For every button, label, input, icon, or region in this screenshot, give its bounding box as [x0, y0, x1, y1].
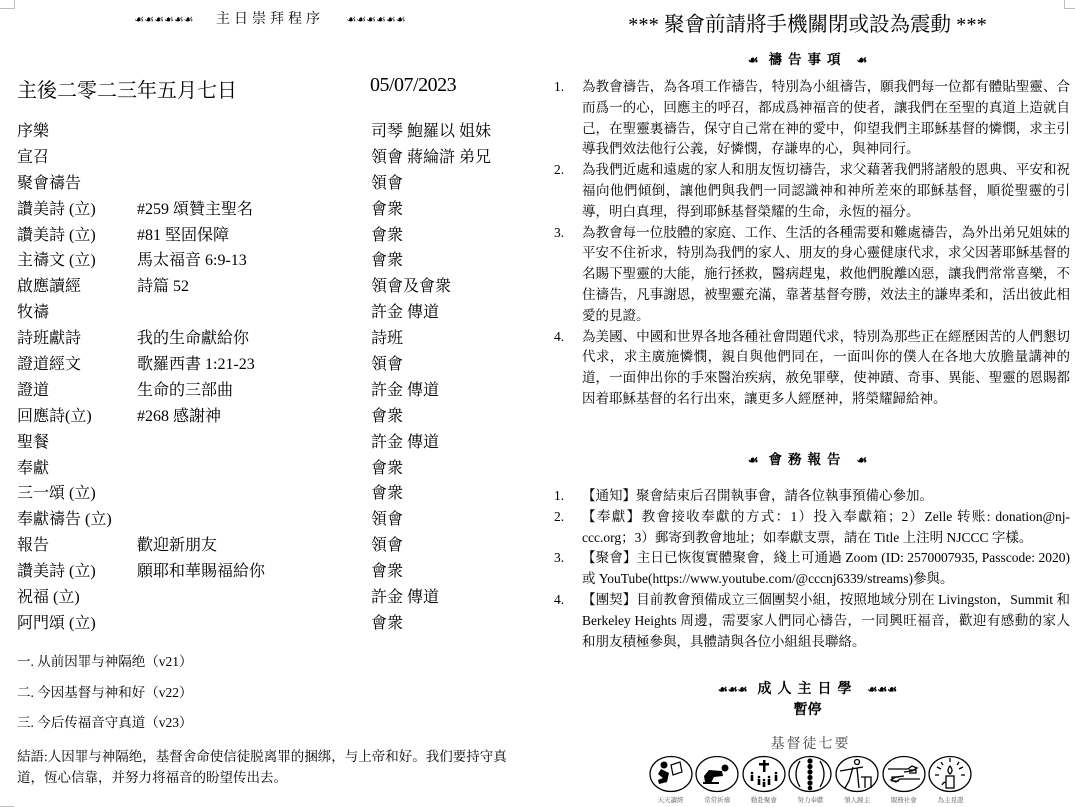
- sunday-school-status: 暫停: [540, 699, 1075, 719]
- order-row: 啟應讀經詩篇 52領會及會衆: [17, 274, 537, 300]
- order-leader: 會衆: [371, 248, 403, 274]
- order-item: 證道: [17, 378, 49, 404]
- essential-item: 領人歸主: [835, 755, 880, 804]
- reading-bible-icon: [649, 755, 693, 793]
- order-row: 讚美詩 (立)願耶和華賜福給你會衆: [17, 559, 537, 585]
- order-item: 證道經文: [17, 352, 81, 378]
- order-content: #81 堅固保障: [137, 223, 229, 249]
- order-row: 奉獻禱告 (立)領會: [17, 507, 537, 533]
- order-leader: 會衆: [371, 223, 403, 249]
- essential-item: 常常祈禱: [695, 755, 740, 804]
- order-leader: 許金 傳道: [371, 300, 439, 326]
- order-content: 我的生命獻給你: [137, 326, 249, 352]
- order-item: 聚會禱告: [17, 171, 81, 197]
- item-text: 【聚會】主日已恢復實體聚會，綫上可通過 Zoom (ID: 2570007935…: [582, 550, 1070, 586]
- essential-item: 勤赴聚會: [741, 755, 786, 804]
- order-item: 啟應讀經: [17, 274, 81, 300]
- order-content: 願耶和華賜福給你: [137, 559, 265, 585]
- essential-item: 服務社會: [881, 755, 926, 804]
- prayer-item: 4.為美國、中國和世界各地各種社會問題代求，特別為那些正在經歷困苦的人們懇切代求…: [554, 327, 1070, 410]
- fleuron-ornament-right: ☙: [857, 53, 868, 67]
- item-text: 【奉獻】教會接收奉獻的方式：1）投入奉獻箱；2）Zelle 转账: donati…: [582, 509, 1070, 545]
- order-leader: 會衆: [371, 559, 403, 585]
- order-content: #259 頌贊主聖名: [137, 197, 253, 223]
- candle-witness-icon: [928, 755, 972, 793]
- serving-hands-icon: [882, 755, 926, 793]
- order-row: 牧禱許金 傳道: [17, 300, 537, 326]
- fleuron-ornament-right: ☙☙☙: [868, 683, 898, 696]
- essential-label: 領人歸主: [844, 795, 870, 804]
- prayer-heading: ☙禱告事項☙: [540, 48, 1075, 68]
- prayer-item: 3.為教會每一位肢體的家庭、工作、生活的各種需要和難處禱告，為外出弟兄姐妹的平安…: [554, 223, 1070, 327]
- order-item: 詩班獻詩: [17, 326, 81, 352]
- prayer-item: 1.為教會禱告，為各項工作禱告，特別為小組禱告，願我們每一位都有體貼聖靈、合而爲…: [554, 77, 1070, 160]
- order-item: 三一頌 (立): [17, 481, 96, 507]
- date-numeric: 05/07/2023: [370, 74, 456, 97]
- worship-title: 主日崇拜程序: [216, 11, 324, 27]
- order-leader: 許金 傳道: [371, 378, 439, 404]
- order-of-service: 序樂司琴 鮑羅以 姐妹 宣召領會 蔣綸滸 弟兄 聚會禱告領會 讚美詩 (立)#2…: [17, 119, 537, 637]
- seven-essentials-title: 基督徒七要: [648, 733, 973, 753]
- announcement-item: 3.【聚會】主日已恢復實體聚會，綫上可通過 Zoom (ID: 25700079…: [554, 548, 1070, 590]
- prayer-item: 2.為我們近處和遠處的家人和朋友恆切禱告，求父藉著我們將諸般的恩典、平安和祝福向…: [554, 160, 1070, 222]
- order-item: 主禱文 (立): [17, 248, 96, 274]
- order-row: 宣召領會 蔣綸滸 弟兄: [17, 145, 537, 171]
- item-number: 3.: [554, 548, 564, 569]
- order-row: 讚美詩 (立)#81 堅固保障會衆: [17, 223, 537, 249]
- order-leader: 許金 傳道: [371, 585, 439, 611]
- announcement-item: 2.【奉獻】教會接收奉獻的方式：1）投入奉獻箱；2）Zelle 转账: dona…: [554, 507, 1070, 549]
- order-item: 祝福 (立): [17, 585, 80, 611]
- outline-point: 二. 今因基督与神和好（v22）: [17, 683, 537, 714]
- adult-sunday-school: ☙☙☙成人主日學☙☙☙ 暫停: [540, 678, 1075, 719]
- item-number: 2.: [554, 160, 564, 181]
- order-item: 回應詩(立): [17, 404, 92, 430]
- announcements-page: *** 聚會前請將手機關閉或設為震動 *** ☙禱告事項☙ 1.為教會禱告，為各…: [540, 0, 1075, 807]
- item-number: 4.: [554, 327, 564, 348]
- order-leader: 許金 傳道: [371, 430, 439, 456]
- order-row: 聚會禱告領會: [17, 171, 537, 197]
- order-leader: 領會: [371, 352, 403, 378]
- order-leader: 領會: [371, 171, 403, 197]
- order-item: 奉獻: [17, 456, 49, 482]
- order-item: 讚美詩 (立): [17, 559, 96, 585]
- worship-heading: ☙☙☙☙☙☙ 主日崇拜程序 ☙☙☙☙☙☙: [0, 8, 540, 28]
- sermon-conclusion: 結語:人因罪与神隔绝，基督舍命使信徒脱离罪的捆绑，与上帝和好。我们要持守真道，恆…: [17, 746, 532, 788]
- order-leader: 會衆: [371, 404, 403, 430]
- order-item: 序樂: [17, 119, 49, 145]
- order-item: 奉獻禱告 (立): [17, 507, 112, 533]
- order-row: 三一頌 (立)會衆: [17, 481, 537, 507]
- item-number: 2.: [554, 507, 564, 528]
- order-item: 阿門頌 (立): [17, 611, 96, 637]
- announcement-list: 1.【通知】聚會結束后召開執事會，請各位執事預備心參加。 2.【奉獻】教會接收奉…: [554, 486, 1070, 652]
- order-content: 馬太福音 6:9-13: [137, 248, 247, 274]
- order-row: 讚美詩 (立)#259 頌贊主聖名會衆: [17, 197, 537, 223]
- order-item: 報告: [17, 533, 49, 559]
- item-number: 3.: [554, 223, 564, 244]
- outline-point: 三. 今后传福音守真道（v23）: [17, 713, 537, 744]
- order-item: 牧禱: [17, 300, 49, 326]
- order-item: 讚美詩 (立): [17, 223, 96, 249]
- order-row: 主禱文 (立)馬太福音 6:9-13會衆: [17, 248, 537, 274]
- item-text: 【通知】聚會結束后召開執事會，請各位執事預備心參加。: [582, 488, 933, 503]
- item-text: 為美國、中國和世界各地各種社會問題代求，特別為那些正在經歷困苦的人們懇切代求，求…: [582, 329, 1070, 406]
- order-row: 序樂司琴 鮑羅以 姐妹: [17, 119, 537, 145]
- essential-item: 天天讀經: [648, 755, 693, 804]
- fleuron-ornament-left: ☙☙☙: [718, 683, 748, 696]
- order-leader: 會衆: [371, 456, 403, 482]
- essential-label: 服務社會: [891, 795, 917, 804]
- order-leader: 領會: [371, 533, 403, 559]
- order-leader: 會衆: [371, 611, 403, 637]
- order-leader: 會衆: [371, 197, 403, 223]
- essential-label: 常常祈禱: [704, 795, 730, 804]
- order-leader: 會衆: [371, 481, 403, 507]
- announcements-heading: ☙會務報告☙: [540, 448, 1075, 468]
- phone-silence-notice: *** 聚會前請將手機關閉或設為震動 ***: [540, 7, 1075, 37]
- item-number: 4.: [554, 590, 564, 611]
- order-row: 詩班獻詩我的生命獻給你詩班: [17, 326, 537, 352]
- seven-essentials-graphic: 基督徒七要 天天讀經 常常祈禱 勤赴聚會 努力奉獻 領人歸主: [648, 733, 973, 804]
- fleuron-ornament-left: ☙☙☙☙☙☙: [134, 13, 193, 26]
- order-content: 生命的三部曲: [137, 378, 233, 404]
- essential-item: 努力奉獻: [788, 755, 833, 804]
- item-number: 1.: [554, 486, 564, 507]
- order-leader: 領會及會衆: [371, 274, 451, 300]
- essential-label: 天天讀經: [658, 795, 684, 804]
- item-text: 【團契】目前教會預備成立三個團契小組，按照地域分別在 Livingston，Su…: [582, 592, 1070, 649]
- announcement-item: 1.【通知】聚會結束后召開執事會，請各位執事預備心參加。: [554, 486, 1070, 507]
- announcement-item: 4.【團契】目前教會預備成立三個團契小組，按照地域分別在 Livingston，…: [554, 590, 1070, 652]
- order-row: 回應詩(立)#268 感謝神會衆: [17, 404, 537, 430]
- sunday-school-title: 成人主日學: [758, 681, 858, 697]
- order-item: 讚美詩 (立): [17, 197, 96, 223]
- order-leader: 領會 蔣綸滸 弟兄: [371, 145, 491, 171]
- order-content: 詩篇 52: [137, 274, 189, 300]
- order-content: 歌羅西書 1:21-23: [137, 352, 255, 378]
- fleuron-ornament-left: ☙: [748, 453, 759, 467]
- fish-offering-icon: [788, 755, 832, 793]
- order-row: 奉獻會衆: [17, 456, 537, 482]
- kneeling-prayer-icon: [695, 755, 739, 793]
- prayer-list: 1.為教會禱告，為各項工作禱告，特別為小組禱告，願我們每一位都有體貼聖靈、合而爲…: [554, 77, 1070, 410]
- outline-point: 一. 从前因罪与神隔绝（v21）: [17, 652, 537, 683]
- order-leader: 詩班: [371, 326, 403, 352]
- item-text: 為我們近處和遠處的家人和朋友恆切禱告，求父藉著我們將諸般的恩典、平安和祝福向他們…: [582, 162, 1070, 219]
- worship-order-page: ☙☙☙☙☙☙ 主日崇拜程序 ☙☙☙☙☙☙ 主後二零二三年五月七日 05/07/2…: [0, 0, 540, 807]
- fleuron-ornament-right: ☙☙☙☙☙☙: [346, 13, 405, 26]
- essential-item: 為主見證: [928, 755, 973, 804]
- announcements-title: 會務報告: [769, 452, 847, 468]
- item-text: 為教會每一位肢體的家庭、工作、生活的各種需要和難處禱告，為外出弟兄姐妹的平安不住…: [582, 225, 1070, 323]
- essential-label: 為主見證: [937, 795, 963, 804]
- order-leader: 領會: [371, 507, 403, 533]
- order-leader: 司琴 鮑羅以 姐妹: [371, 119, 491, 145]
- order-row: 證道經文歌羅西書 1:21-23領會: [17, 352, 537, 378]
- order-item: 宣召: [17, 145, 49, 171]
- leading-people-icon: [835, 755, 879, 793]
- item-number: 1.: [554, 77, 564, 98]
- gathering-cross-icon: [742, 755, 786, 793]
- order-row: 祝福 (立)許金 傳道: [17, 585, 537, 611]
- order-content: #268 感謝神: [137, 404, 221, 430]
- order-content: 歡迎新朋友: [137, 533, 217, 559]
- order-row: 證道生命的三部曲許金 傳道: [17, 378, 537, 404]
- essential-label: 努力奉獻: [797, 795, 823, 804]
- order-row: 報告歡迎新朋友領會: [17, 533, 537, 559]
- prayer-title: 禱告事項: [769, 52, 847, 68]
- essential-label: 勤赴聚會: [751, 795, 777, 804]
- date-chinese: 主後二零二三年五月七日: [17, 74, 237, 103]
- sermon-outline: 一. 从前因罪与神隔绝（v21） 二. 今因基督与神和好（v22） 三. 今后传…: [17, 652, 537, 788]
- item-text: 為教會禱告，為各項工作禱告，特別為小組禱告，願我們每一位都有體貼聖靈、合而爲一的…: [582, 79, 1070, 156]
- order-row: 阿門頌 (立)會衆: [17, 611, 537, 637]
- fleuron-ornament-left: ☙: [748, 53, 759, 67]
- order-row: 聖餐許金 傳道: [17, 430, 537, 456]
- fleuron-ornament-right: ☙: [857, 453, 868, 467]
- order-item: 聖餐: [17, 430, 49, 456]
